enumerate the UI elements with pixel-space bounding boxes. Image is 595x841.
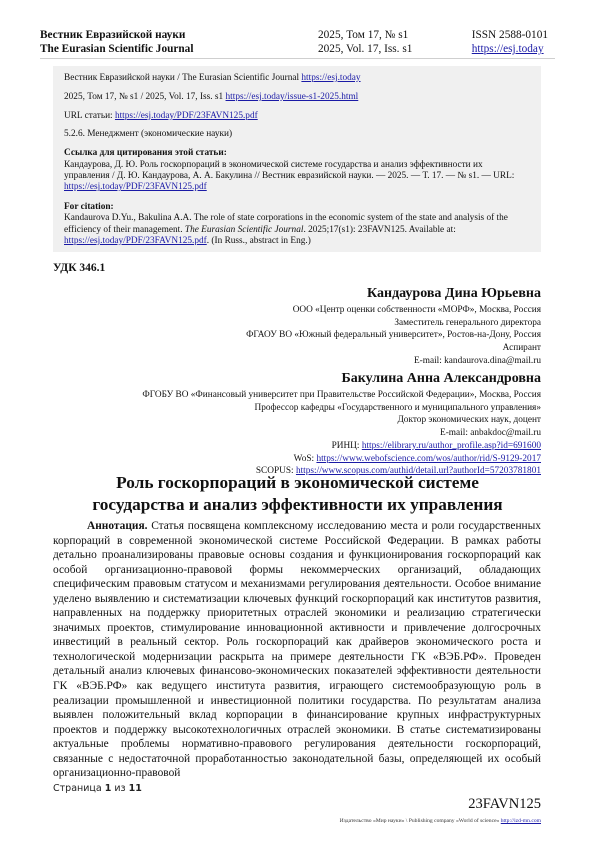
journal-name-ru: Вестник Евразийской науки <box>40 28 193 42</box>
publisher-link[interactable]: http://izd-mn.com <box>501 818 541 824</box>
site-link[interactable]: https://esj.today <box>472 43 544 55</box>
issue-ru: 2025, Том 17, № s1 <box>318 28 412 42</box>
header-journal-names: Вестник Евразийской науки The Eurasian S… <box>40 28 193 56</box>
article-title: Роль госкорпораций в экономической систе… <box>40 472 555 515</box>
page-number: Страница 1 из 11 <box>53 783 142 794</box>
issue-en: 2025, Vol. 17, Iss. s1 <box>318 42 412 56</box>
author-2-name: Бакулина Анна Александровна <box>142 370 541 388</box>
header-issue: 2025, Том 17, № s1 2025, Vol. 17, Iss. s… <box>318 28 412 56</box>
article-url-link[interactable]: https://esj.today/PDF/23FAVN125.pdf <box>115 111 258 121</box>
citation-ru-link[interactable]: https://esj.today/PDF/23FAVN125.pdf <box>64 182 207 192</box>
publisher-line: Издательство «Мир науки» \ Publishing co… <box>340 818 541 824</box>
author-1-line: ООО «Центр оценки собственности «МОРФ», … <box>246 304 541 317</box>
author-1-line: ФГАОУ ВО «Южный федеральный университет»… <box>246 329 541 342</box>
citation-ru-heading: Ссылка для цитирования этой статьи: <box>64 148 530 159</box>
article-code: 23FAVN125 <box>468 796 541 813</box>
author-1-line: Аспирант <box>246 342 541 355</box>
udk-code: УДК 346.1 <box>53 262 105 274</box>
header-issn-block: ISSN 2588-0101 https://esj.today <box>472 28 548 56</box>
issue-link[interactable]: https://esj.today/issue-s1-2025.html <box>226 92 359 102</box>
author-1-line: Заместитель генерального директора <box>246 317 541 330</box>
author-2-line: Доктор экономических наук, доцент <box>142 414 541 427</box>
article-meta-box: Вестник Евразийской науки / The Eurasian… <box>53 66 541 252</box>
abstract-text: Статья посвящена комплексному исследован… <box>53 520 541 779</box>
citation-en-heading: For citation: <box>64 202 530 213</box>
author-2: Бакулина Анна Александровна ФГОБУ ВО «Фи… <box>142 370 541 478</box>
author-1-email: E-mail: kandaurova.dina@mail.ru <box>246 355 541 368</box>
journal-link[interactable]: https://esj.today <box>301 73 360 83</box>
running-header: Вестник Евразийской науки The Eurasian S… <box>40 28 555 59</box>
author-2-email: E-mail: anbakdoc@mail.ru <box>142 427 541 440</box>
rinc-link[interactable]: https://elibrary.ru/author_profile.asp?i… <box>362 441 541 451</box>
abstract: Аннотация. Статья посвящена комплексному… <box>53 519 541 781</box>
meta-journal-line: Вестник Евразийской науки / The Eurasian… <box>64 73 530 84</box>
profile-rinc: РИНЦ: https://elibrary.ru/author_profile… <box>142 440 541 453</box>
meta-specialty: 5.2.6. Менеджмент (экономические науки) <box>64 129 530 140</box>
meta-issue-line: 2025, Том 17, № s1 / 2025, Vol. 17, Iss.… <box>64 92 530 103</box>
author-1-name: Кандаурова Дина Юрьевна <box>246 285 541 303</box>
wos-link[interactable]: https://www.webofscience.com/wos/author/… <box>316 454 541 464</box>
author-2-line: Профессор кафедры «Государственного и му… <box>142 402 541 415</box>
abstract-label: Аннотация. <box>87 520 147 532</box>
author-2-line: ФГОБУ ВО «Финансовый университет при Пра… <box>142 389 541 402</box>
citation-ru: Кандаурова, Д. Ю. Роль госкорпораций в э… <box>64 160 530 194</box>
journal-name-en: The Eurasian Scientific Journal <box>40 42 193 56</box>
profile-wos: WoS: https://www.webofscience.com/wos/au… <box>142 453 541 466</box>
citation-en-link[interactable]: https://esj.today/PDF/23FAVN125.pdf <box>64 236 207 246</box>
meta-url-line: URL статьи: https://esj.today/PDF/23FAVN… <box>64 111 530 122</box>
issn: ISSN 2588-0101 <box>472 28 548 42</box>
author-1: Кандаурова Дина Юрьевна ООО «Центр оценк… <box>246 285 541 368</box>
citation-en: Kandaurova D.Yu., Bakulina A.A. The role… <box>64 213 530 247</box>
